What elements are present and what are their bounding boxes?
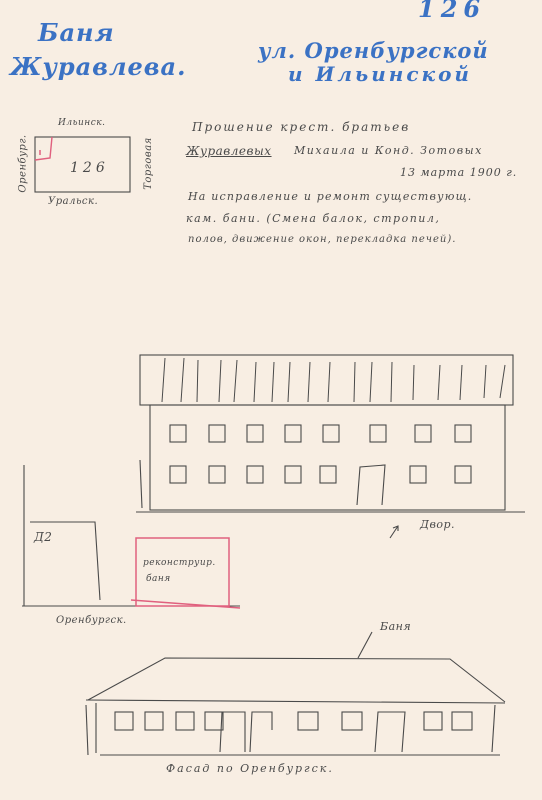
rebuilt-bath-icon bbox=[131, 538, 240, 608]
site-plan-icon bbox=[35, 137, 130, 192]
upper-building-icon bbox=[136, 355, 525, 538]
lower-building-icon bbox=[86, 632, 505, 755]
sketch-drawings bbox=[0, 0, 542, 800]
document-page: Баня Журавлева. 126 ул. Оренбургской и И… bbox=[0, 0, 542, 800]
site-lot-icon bbox=[22, 460, 240, 606]
